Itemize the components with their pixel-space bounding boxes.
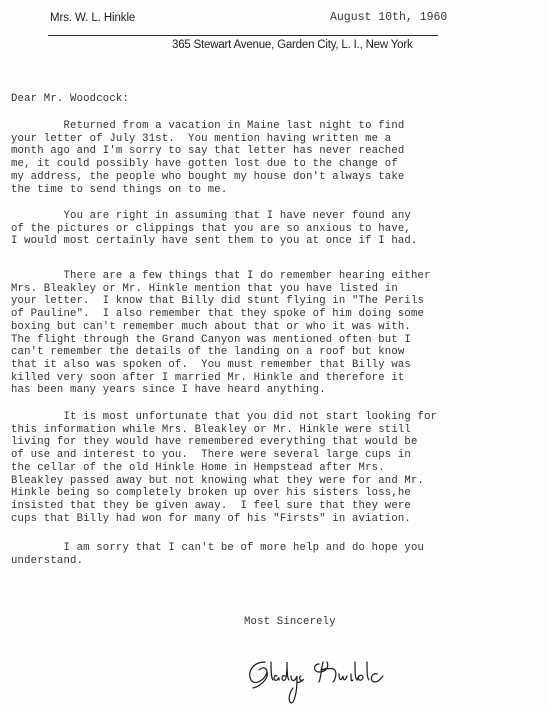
paragraph-1: Returned from a vacation in Maine last n… [11, 120, 404, 196]
sender-address: 365 Stewart Avenue, Garden City, L. I., … [172, 39, 413, 51]
paragraph-4: It is most unfortunate that you did not … [11, 411, 437, 525]
paragraph-2: You are right in assuming that I have ne… [11, 210, 418, 248]
signature: Gladys Hinkle [243, 650, 423, 705]
sender-name: Mrs. W. L. Hinkle [50, 12, 135, 24]
salutation: Dear Mr. Woodcock: [11, 93, 129, 106]
paragraph-3: There are a few things that I do remembe… [11, 270, 431, 397]
letterhead-divider [48, 35, 438, 36]
closing: Most Sincerely [244, 616, 336, 628]
letter-date: August 10th, 1960 [330, 11, 447, 24]
paragraph-5: I am sorry that I can't be of more help … [11, 542, 424, 567]
